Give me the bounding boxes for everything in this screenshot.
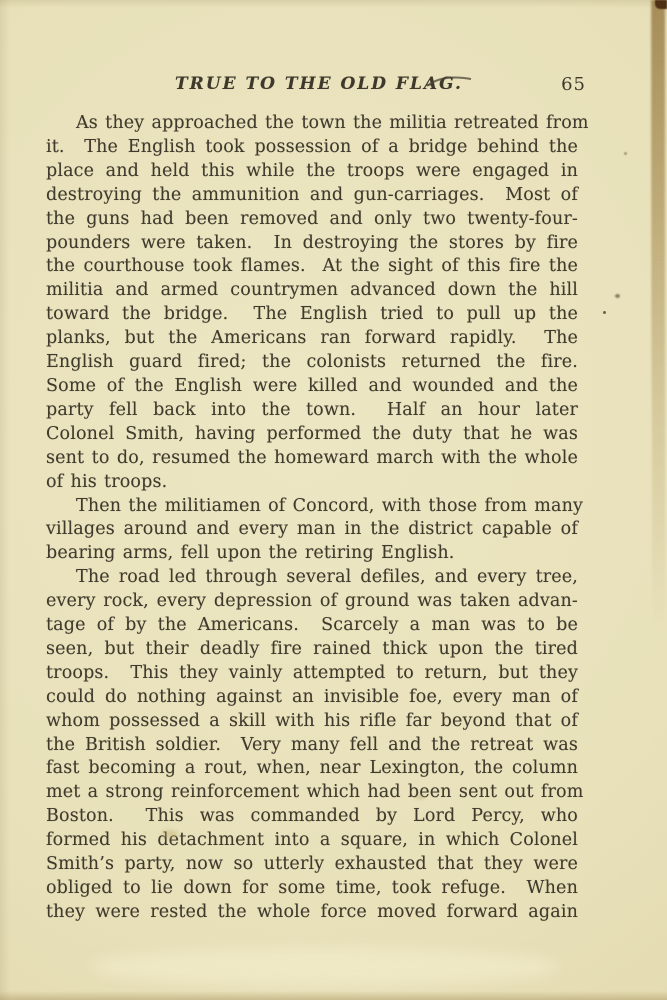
text-line: met a strong reinforcement which had bee… bbox=[46, 781, 578, 805]
corner-dark-mark bbox=[655, 0, 667, 9]
text-line: formed his detachment into a square, in … bbox=[46, 829, 578, 853]
text-line: it. The English took possession of a bri… bbox=[46, 136, 578, 160]
text-line: destroying the ammunition and gun-carria… bbox=[46, 184, 578, 208]
text-line: The road led through several defiles, an… bbox=[46, 566, 578, 590]
text-line: the British soldier. Very many fell and … bbox=[46, 734, 578, 758]
text-line: whom possessed a skill with his rifle fa… bbox=[46, 710, 578, 734]
text-line: Colonel Smith, having performed the duty… bbox=[46, 423, 578, 447]
text-line: seen, but their deadly fire rained thick… bbox=[46, 638, 578, 662]
ink-speck bbox=[624, 152, 627, 155]
text-line: Smith’s party, now so utterly exhausted … bbox=[46, 853, 578, 877]
text-line: Then the militiamen of Concord, with tho… bbox=[46, 495, 578, 519]
text-line: pounders were taken. In destroying the s… bbox=[46, 232, 578, 256]
page-edge-shadow bbox=[652, 0, 665, 660]
text-line: they were rested the whole force moved f… bbox=[46, 901, 578, 925]
text-line: obliged to lie down for some time, took … bbox=[46, 877, 578, 901]
text-line: troops. This they vainly attempted to re… bbox=[46, 662, 578, 686]
body-text: As they approached the town the militia … bbox=[46, 112, 578, 925]
pen-stroke-mark bbox=[424, 70, 476, 92]
top-edge-shading bbox=[0, 0, 667, 8]
paper-light-streak bbox=[90, 948, 560, 986]
paragraph: The road led through several defiles, an… bbox=[46, 566, 578, 925]
text-line: of his troops. bbox=[46, 471, 578, 495]
text-line: could do nothing against an invisible fo… bbox=[46, 686, 578, 710]
left-edge-shading bbox=[0, 0, 10, 1000]
ink-speck bbox=[603, 311, 606, 314]
book-page: TRUE TO THE OLD FLAG. 65 As they approac… bbox=[0, 0, 667, 1000]
text-line: Boston. This was commanded by Lord Percy… bbox=[46, 805, 578, 829]
paragraph: As they approached the town the militia … bbox=[46, 112, 578, 495]
text-line: Some of the English were killed and woun… bbox=[46, 375, 578, 399]
text-line: every rock, every depression of ground w… bbox=[46, 590, 578, 614]
bottom-edge-shadow bbox=[0, 991, 667, 1000]
text-line: toward the bridge. The English tried to … bbox=[46, 303, 578, 327]
text-line: English guard fired; the colonists retur… bbox=[46, 351, 578, 375]
text-line: party fell back into the town. Half an h… bbox=[46, 399, 578, 423]
text-line: tage of by the Americans. Scarcely a man… bbox=[46, 614, 578, 638]
text-line: the guns had been removed and only two t… bbox=[46, 208, 578, 232]
text-line: bearing arms, fell upon the retiring Eng… bbox=[46, 542, 578, 566]
ink-speck bbox=[615, 294, 620, 298]
text-line: sent to do, resumed the homeward march w… bbox=[46, 447, 578, 471]
paper-stain bbox=[162, 830, 178, 838]
text-line: villages around and every man in the dis… bbox=[46, 518, 578, 542]
text-line: As they approached the town the militia … bbox=[46, 112, 578, 136]
paper-stain bbox=[415, 795, 425, 799]
text-line: militia and armed countrymen advanced do… bbox=[46, 279, 578, 303]
page-number: 65 bbox=[561, 74, 586, 95]
text-line: the courthouse took flames. At the sight… bbox=[46, 255, 578, 279]
text-line: planks, but the Americans ran forward ra… bbox=[46, 327, 578, 351]
page-title: TRUE TO THE OLD FLAG. bbox=[46, 74, 578, 94]
text-line: place and held this while the troops wer… bbox=[46, 160, 578, 184]
text-line: fast becoming a rout, when, near Lexingt… bbox=[46, 757, 578, 781]
paragraph: Then the militiamen of Concord, with tho… bbox=[46, 495, 578, 567]
running-header: TRUE TO THE OLD FLAG. 65 bbox=[46, 74, 578, 100]
